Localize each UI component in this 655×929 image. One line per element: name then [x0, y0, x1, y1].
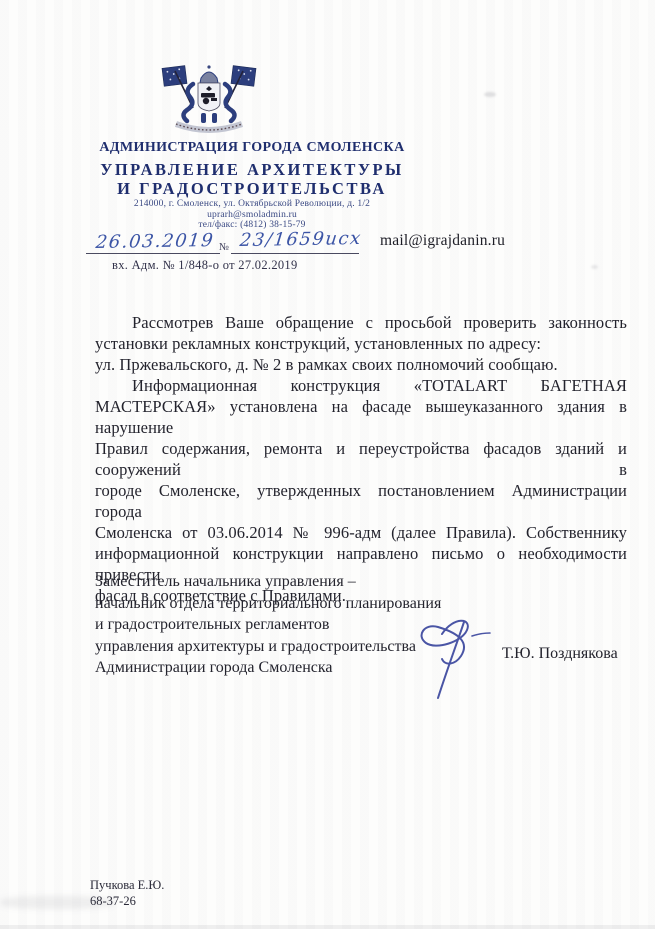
handwritten-signature-icon [414, 606, 492, 702]
signer-position-line: Заместитель начальника управления – [95, 571, 495, 593]
scan-smudge [0, 896, 115, 909]
org-postal-address: 214000, г. Смоленск, ул. Октябрьской Рев… [58, 199, 446, 209]
org-email: uprarh@smoladmin.ru [58, 210, 446, 220]
org-name-department-line1: УПРАВЛЕНИЕ АРХИТЕКТУРЫ [58, 160, 446, 180]
executor-name: Пучкова Е.Ю. [90, 877, 164, 893]
signer-name: Т.Ю. Позднякова [502, 645, 618, 663]
org-phone-fax: тел/факс: (4812) 38-15-79 [58, 220, 446, 230]
incoming-registration-stamp: вх. Адм. № 1/848-о от 27.02.2019 [112, 258, 298, 273]
scan-edge-shadow [0, 925, 655, 929]
body-line: Информационная конструкция «TOTALART БАГ… [95, 375, 627, 396]
scan-speck [591, 265, 598, 269]
scanned-letter-page: АДМИНИСТРАЦИЯ ГОРОДА СМОЛЕНСКА УПРАВЛЕНИ… [0, 0, 655, 929]
date-underline [86, 253, 220, 254]
body-line: Рассмотрев Ваше обращение с просьбой про… [95, 312, 627, 333]
org-name-administration: АДМИНИСТРАЦИЯ ГОРОДА СМОЛЕНСКА [58, 140, 446, 156]
org-name-department-line2: И ГРАДОСТРОИТЕЛЬСТВА [58, 179, 446, 199]
recipient-email: mail@igrajdanin.ru [380, 232, 505, 250]
number-underline [231, 253, 359, 254]
body-line: Смоленска от 03.06.2014 № 996-адм (далее… [95, 522, 627, 543]
body-line: городе Смоленске, утвержденных постановл… [95, 480, 627, 522]
number-sign-label: № [219, 242, 229, 253]
body-line: Правил содержания, ремонта и переустройс… [95, 438, 627, 480]
scan-speck [484, 92, 496, 97]
smolensk-coat-of-arms-emblem [160, 62, 258, 138]
body-line: МАСТЕРСКАЯ» установлена на фасаде вышеук… [95, 396, 627, 438]
letter-body: Рассмотрев Ваше обращение с просьбой про… [95, 312, 627, 606]
body-line: ул. Пржевальского, д. № 2 в рамках своих… [95, 354, 627, 375]
handwritten-outgoing-date: 26.03.2019 [95, 230, 216, 253]
body-line: установки рекламных конструкций, установ… [95, 333, 627, 354]
handwritten-outgoing-number: 23/1659исх [239, 228, 363, 251]
